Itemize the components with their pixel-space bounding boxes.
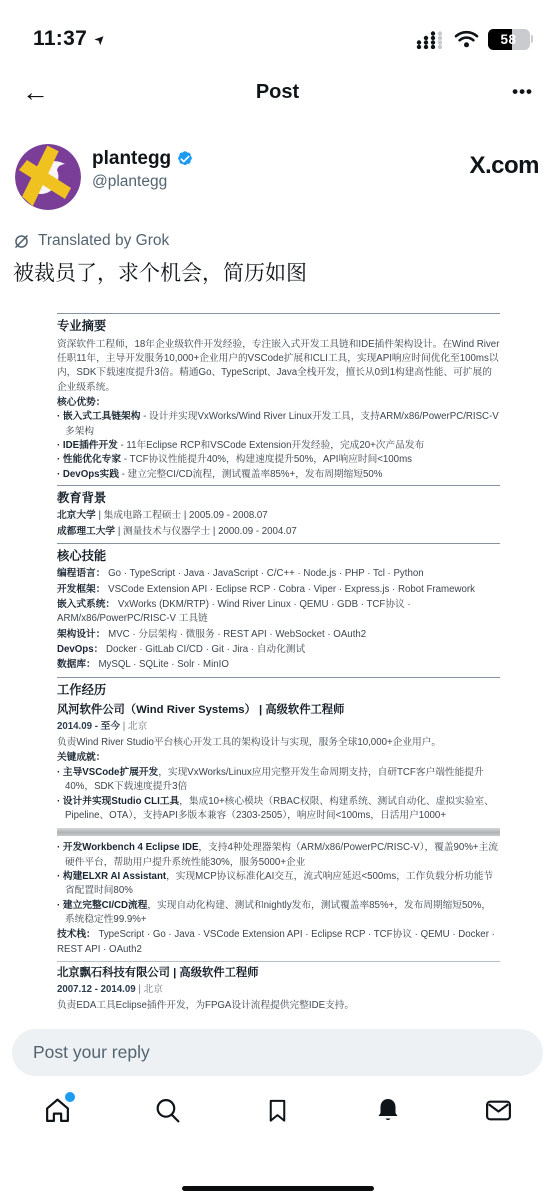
resume-section: 核心技能编程语言： Go · TypeScript · Java · JavaS… (57, 543, 500, 677)
tab-messages[interactable] (483, 1095, 513, 1125)
resume-bullet: 建立完整CI/CD流程，实现自动化构建、测试和nightly发布，测试覆盖率85… (57, 899, 500, 928)
resume-section: 工作经历风河软件公司（Wind River Systems） | 高级软件工程师… (57, 677, 500, 1016)
resume-paragraph: 负责EDA工具Eclipse插件开发，为FPGA设计流程提供完整IDE支持。 (57, 999, 500, 1013)
back-button[interactable]: ← (22, 79, 49, 106)
resume-label: 关键成就： (57, 751, 500, 765)
cellular-signal-icon (416, 30, 445, 49)
resume-skill-row: 架构设计： MVC · 分层架构 · 微服务 · REST API · WebS… (57, 628, 500, 642)
resume-job-meta: 2007.12 - 2014.09 | 北京 (57, 983, 500, 997)
resume-bullet: 构建ELXR AI Assistant，实现MCP协议标准化AI交互，流式响应延… (57, 870, 500, 899)
resume-paragraph: 资深软件工程师，18年企业级软件开发经验，专注嵌入式开发工具链和IDE插件架构设… (57, 338, 500, 395)
image-seam (57, 828, 500, 836)
home-badge-dot (65, 1092, 75, 1102)
resume-skill-row: 编程语言： Go · TypeScript · Java · JavaScrip… (57, 567, 500, 581)
avatar[interactable] (15, 144, 81, 210)
post-header: ← Post ••• (0, 64, 555, 120)
resume-job-meta: 2014.09 - 至今 | 北京 (57, 720, 500, 734)
tab-bookmarks[interactable] (263, 1095, 293, 1125)
x-com-logo: X.com (469, 144, 539, 180)
resume-skill-row: 技术栈： TypeScript · Go · Java · VSCode Ext… (57, 928, 500, 957)
author-handle[interactable]: @plantegg (92, 173, 194, 191)
reply-placeholder: Post your reply (33, 1042, 150, 1063)
home-indicator[interactable] (182, 1186, 374, 1192)
translated-by-grok[interactable]: Translated by Grok (13, 232, 555, 250)
resume-bullet: 主导VSCode扩展开发，实现VxWorks/Linux应用完整开发生命周期支持… (57, 766, 500, 795)
resume-job-title: 北京飘石科技有限公司 | 高级软件工程师 (57, 965, 500, 982)
battery-icon: 58 (488, 29, 534, 50)
tab-home[interactable] (42, 1095, 72, 1125)
bottom-bar: Post your reply (0, 1016, 555, 1200)
status-time: 11:37 (33, 27, 87, 51)
resume-section-title: 教育背景 (57, 490, 500, 507)
resume-bullet: IDE插件开发 - 11年Eclipse RCP和VSCode Extensio… (57, 439, 500, 453)
tab-bar (0, 1076, 555, 1125)
verified-badge-icon (176, 150, 194, 168)
resume-label: 核心优势： (57, 396, 500, 410)
resume-section-title: 专业摘要 (57, 318, 500, 335)
resume-bullet: 性能优化专家 - TCF协议性能提升40%，构建速度提升50%，API响应时间<… (57, 453, 500, 467)
resume-bullet: 开发Workbench 4 Eclipse IDE，支持4种处理器架构（ARM/… (57, 841, 500, 870)
reply-input[interactable]: Post your reply (12, 1029, 543, 1076)
resume-bullet: 设计并实现Studio CLI工具，集成10+核心模块（RBAC权限、构建系统、… (57, 795, 500, 824)
resume-bullet: 嵌入式工具链架构 - 设计并实现VxWorks/Wind River Linux… (57, 410, 500, 439)
more-options-button[interactable]: ••• (512, 82, 533, 102)
resume-job-title: 风河软件公司（Wind River Systems） | 高级软件工程师 (57, 702, 500, 719)
search-icon (153, 1096, 182, 1125)
grok-icon (13, 233, 30, 250)
resume-bullet: DevOps实践 - 建立完整CI/CD流程，测试覆盖率85%+，发布周期缩短5… (57, 468, 500, 482)
tab-search[interactable] (152, 1095, 182, 1125)
resume-section-title: 工作经历 (57, 682, 500, 699)
resume-paragraph: 负责Wind River Studio平台核心开发工具的架构设计与实现，服务全球… (57, 736, 500, 750)
author-info[interactable]: plantegg @plantegg (92, 144, 194, 191)
resume-education-row: 成都理工大学 | 测量技术与仪器学士 | 2000.09 - 2004.07 (57, 525, 500, 539)
screen: 11:37 ➤ (0, 0, 555, 1200)
status-right: 58 (416, 29, 534, 50)
status-bar: 11:37 ➤ (0, 0, 555, 64)
resume-skill-row: 嵌入式系统： VxWorks (DKM/RTP) · Wind River Li… (57, 598, 500, 627)
bookmark-icon (264, 1097, 291, 1124)
page-title: Post (0, 81, 555, 104)
bell-icon (374, 1096, 402, 1124)
author-name[interactable]: plantegg (92, 148, 171, 170)
mail-icon (484, 1096, 513, 1125)
translated-by-label: Translated by Grok (38, 232, 169, 250)
resume-divider (57, 961, 500, 962)
post-text: 被裁员了，求个机会，简历如图 (13, 259, 542, 288)
battery-percent: 58 (488, 29, 530, 50)
location-services-icon: ➤ (91, 30, 110, 49)
resume-skill-row: 开发框架： VSCode Extension API · Eclipse RCP… (57, 583, 500, 597)
resume-section: 专业摘要资深软件工程师，18年企业级软件开发经验，专注嵌入式开发工具链和IDE插… (57, 313, 500, 485)
resume-section-title: 核心技能 (57, 548, 500, 565)
resume-skill-row: 数据库： MySQL · SQLite · Solr · MinIO (57, 658, 500, 672)
battery-nub (531, 35, 534, 43)
resume-skill-row: DevOps： Docker · GitLab CI/CD · Git · Ji… (57, 643, 500, 657)
resume-section: 教育背景北京大学 | 集成电路工程硕士 | 2005.09 - 2008.07成… (57, 485, 500, 543)
post-author-row: plantegg @plantegg X.com (0, 120, 555, 210)
wifi-icon (454, 30, 479, 48)
resume-image[interactable]: 专业摘要资深软件工程师，18年企业级软件开发经验，专注嵌入式开发工具链和IDE插… (57, 313, 500, 1015)
resume-education-row: 北京大学 | 集成电路工程硕士 | 2005.09 - 2008.07 (57, 509, 500, 523)
tab-notifications[interactable] (373, 1095, 403, 1125)
